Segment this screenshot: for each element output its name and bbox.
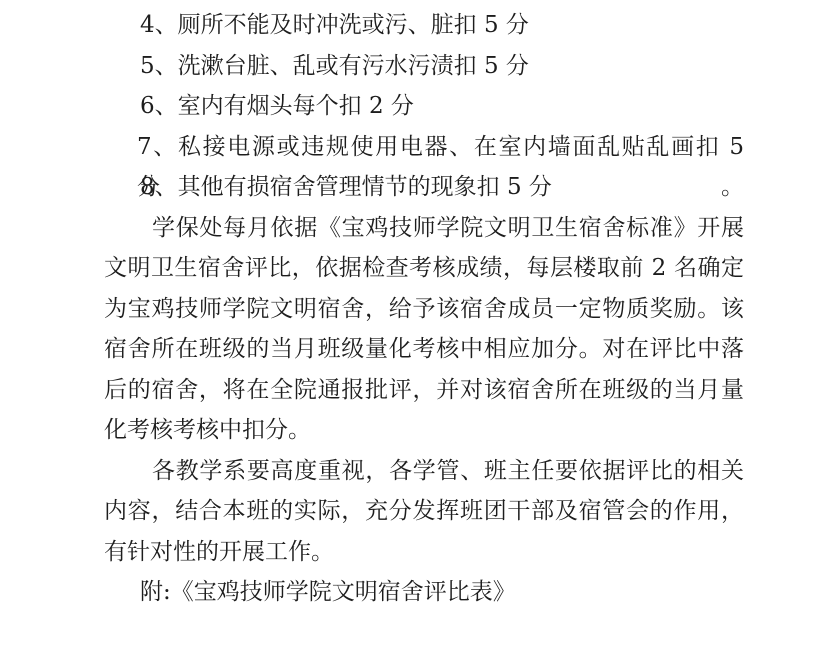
attachment-note: 附:《宝鸡技师学院文明宿舍评比表》 bbox=[104, 572, 744, 613]
list-item-5: 5、洗漱台脏、乱或有污水污渍扣 5 分 bbox=[104, 46, 744, 87]
document-text-block: 4、厕所不能及时冲洗或污、脏扣 5 分 5、洗漱台脏、乱或有污水污渍扣 5 分 … bbox=[104, 5, 744, 613]
paragraph1-line1: 学保处每月依据《宝鸡技师学院文明卫生宿舍标准》开展 bbox=[104, 208, 744, 249]
paragraph2-line2: 内容，结合本班的实际，充分发挥班团干部及宿管会的作用， bbox=[104, 491, 744, 532]
paragraph1-line3: 为宝鸡技师学院文明宿舍，给予该宿舍成员一定物质奖励。该 bbox=[104, 289, 744, 330]
list-item-6: 6、室内有烟头每个扣 2 分 bbox=[104, 86, 744, 127]
paragraph1-line6: 化考核考核中扣分。 bbox=[104, 410, 744, 451]
paragraph1-line5: 后的宿舍，将在全院通报批评，并对该宿舍所在班级的当月量 bbox=[104, 370, 744, 411]
document-page: 4、厕所不能及时冲洗或污、脏扣 5 分 5、洗漱台脏、乱或有污水污渍扣 5 分 … bbox=[0, 0, 835, 655]
paragraph1-line4: 宿舍所在班级的当月班级量化考核中相应加分。对在评比中落 bbox=[104, 329, 744, 370]
list-item-7: 7、私接电源或违规使用电器、在室内墙面乱贴乱画扣 5 分。 bbox=[104, 127, 744, 168]
paragraph1-line2: 文明卫生宿舍评比，依据检查考核成绩，每层楼取前 2 名确定 bbox=[104, 248, 744, 289]
list-item-4: 4、厕所不能及时冲洗或污、脏扣 5 分 bbox=[104, 5, 744, 46]
paragraph2-line3: 有针对性的开展工作。 bbox=[104, 532, 744, 573]
paragraph2-line1: 各教学系要高度重视，各学管、班主任要依据评比的相关 bbox=[104, 451, 744, 492]
